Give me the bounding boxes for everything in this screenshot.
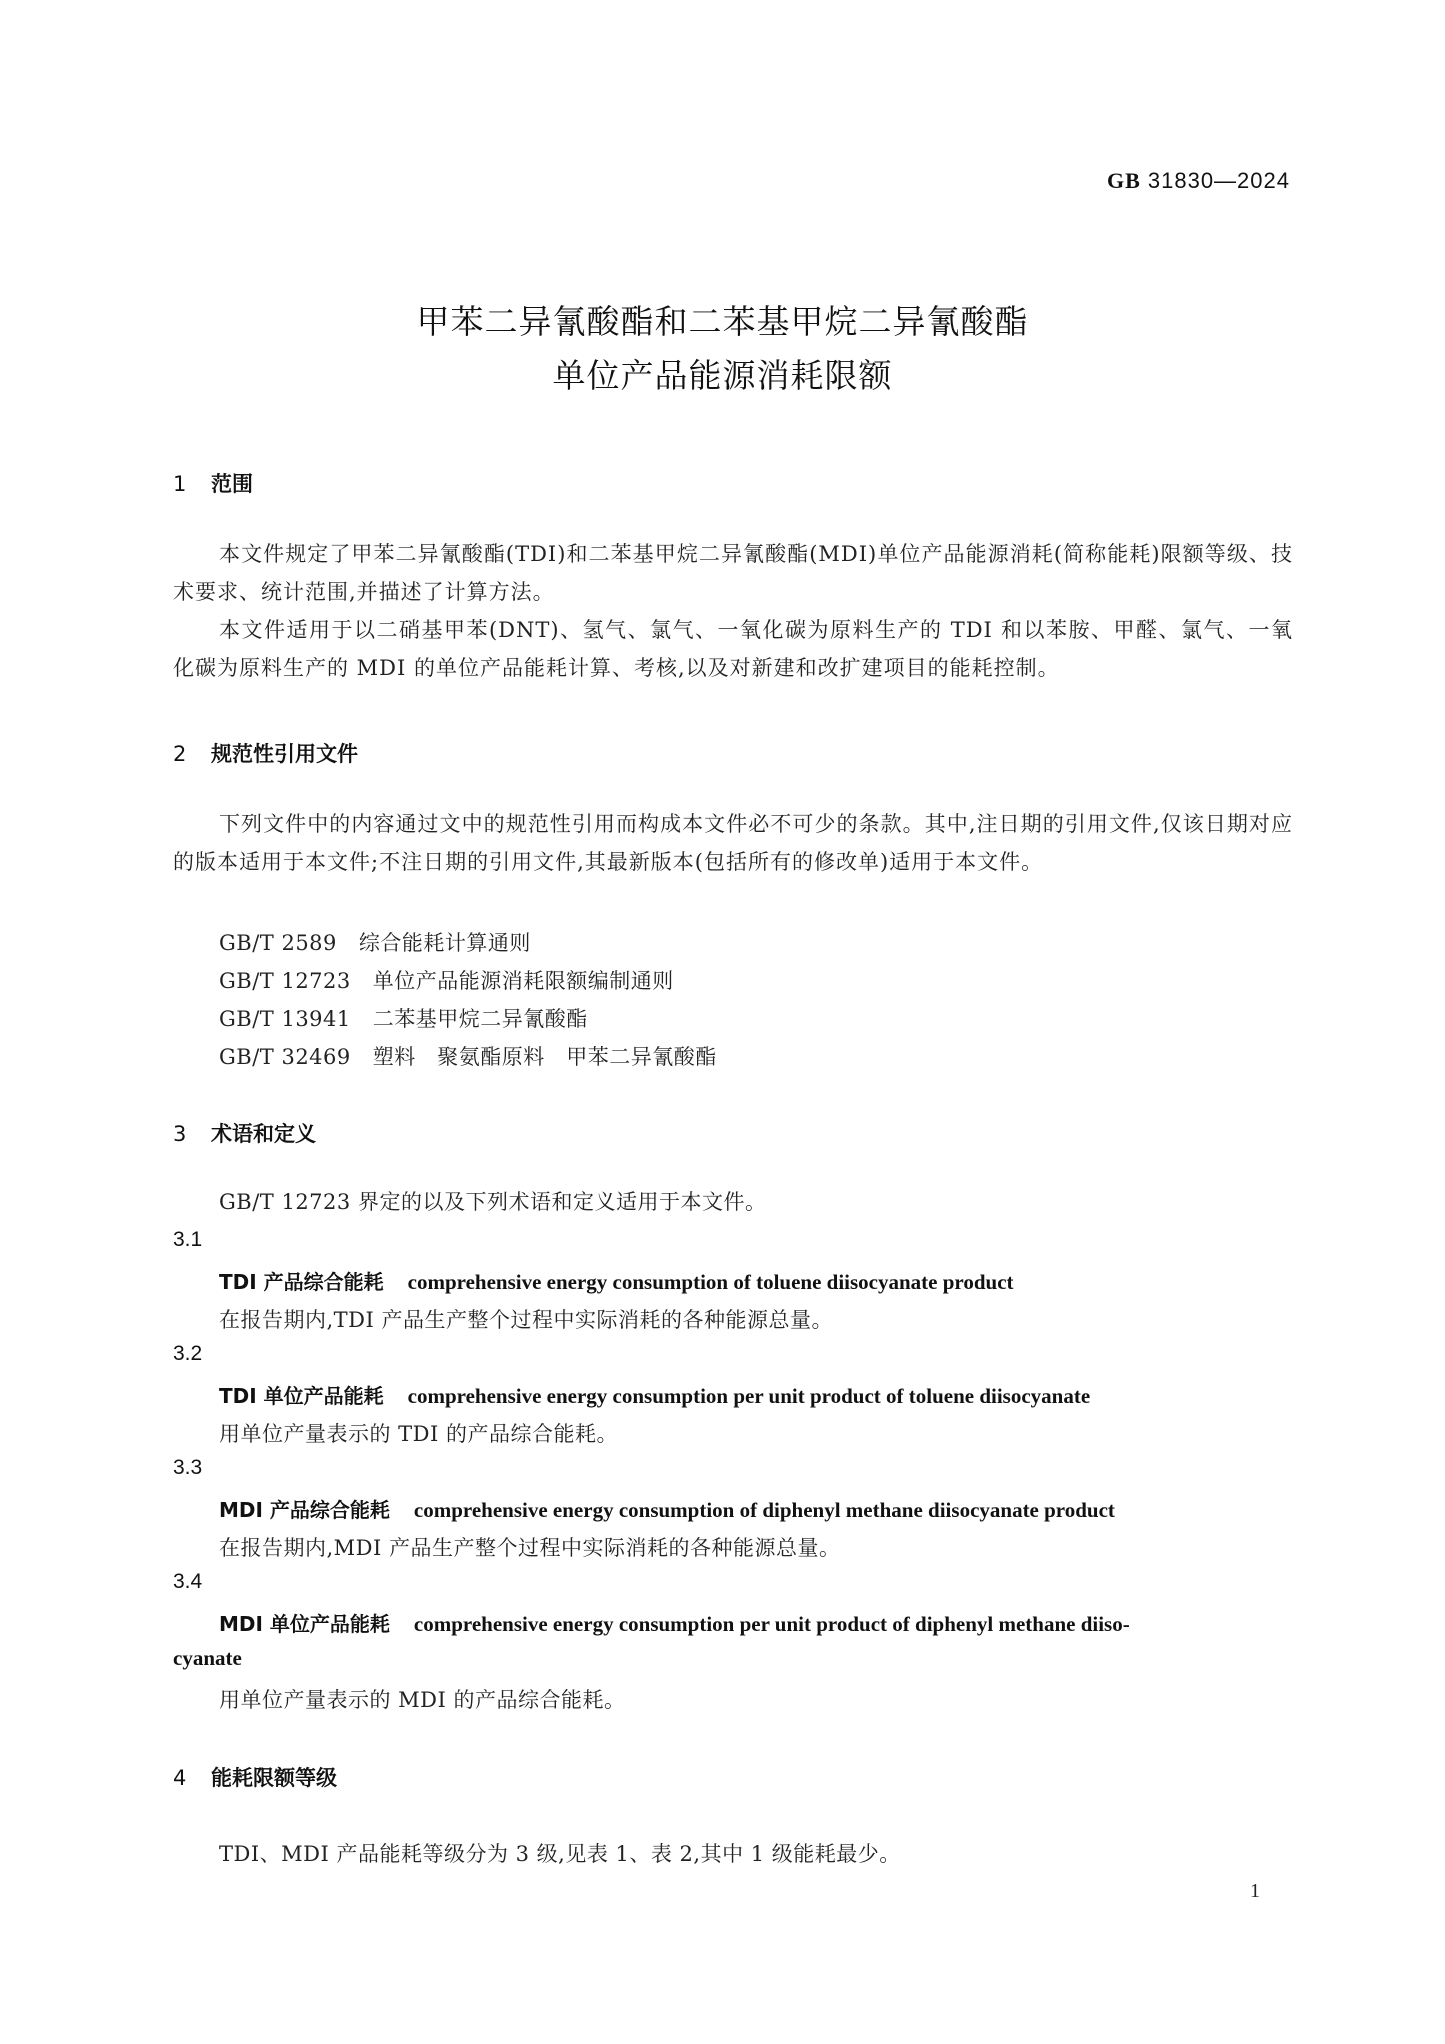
term-title: MDI 单位产品能耗comprehensive energy consumpti… [219,1608,1130,1637]
term-title-continuation: cyanate [173,1646,242,1671]
term-definition: 在报告期内,TDI 产品生产整个过程中实际消耗的各种能源总量。 [219,1304,833,1334]
section-1-paragraph-1: 本文件规定了甲苯二异氰酸酯(TDI)和二苯基甲烷二异氰酸酯(MDI)单位产品能源… [173,535,1293,611]
standard-prefix: GB [1107,168,1141,193]
reference-item: GB/T 12723单位产品能源消耗限额编制通则 [219,965,674,995]
term-definition: 用单位产量表示的 TDI 的产品综合能耗。 [219,1418,618,1448]
term-title: TDI 产品综合能耗comprehensive energy consumpti… [219,1266,1014,1295]
term-number: 3.1 [173,1228,202,1252]
document-title-line2: 单位产品能源消耗限额 [0,350,1445,397]
section-1-paragraph-2: 本文件适用于以二硝基甲苯(DNT)、氢气、氯气、一氧化碳为原料生产的 TDI 和… [173,611,1293,687]
term-number: 3.3 [173,1456,202,1480]
page-number: 1 [1250,1880,1260,1903]
document-page: GB 31830—2024 甲苯二异氰酸酯和二苯基甲烷二异氰酸酯 单位产品能源消… [0,0,1445,2044]
section-1-heading: 1范围 [173,468,253,498]
reference-item: GB/T 13941二苯基甲烷二异氰酸酯 [219,1003,588,1033]
section-4-paragraph: TDI、MDI 产品能耗等级分为 3 级,见表 1、表 2,其中 1 级能耗最少… [219,1838,901,1868]
document-title-line1: 甲苯二异氰酸酯和二苯基甲烷二异氰酸酯 [0,296,1445,343]
section-3-heading: 3术语和定义 [173,1118,316,1148]
section-4-heading: 4能耗限额等级 [173,1762,337,1792]
term-number: 3.2 [173,1342,202,1366]
standard-number: GB 31830—2024 [1107,168,1290,194]
reference-item: GB/T 32469塑料 聚氨酯原料 甲苯二异氰酸酯 [219,1041,717,1071]
term-title: TDI 单位产品能耗comprehensive energy consumpti… [219,1380,1090,1409]
section-2-heading: 2规范性引用文件 [173,738,358,768]
reference-item: GB/T 2589综合能耗计算通则 [219,927,531,957]
term-definition: 用单位产量表示的 MDI 的产品综合能耗。 [219,1684,625,1714]
term-number: 3.4 [173,1570,202,1594]
section-2-intro: 下列文件中的内容通过文中的规范性引用而构成本文件必不可少的条款。其中,注日期的引… [173,805,1293,881]
term-title: MDI 产品综合能耗comprehensive energy consumpti… [219,1494,1115,1523]
standard-code: 31830—2024 [1148,168,1290,193]
section-3-intro: GB/T 12723 界定的以及下列术语和定义适用于本文件。 [219,1186,766,1216]
term-definition: 在报告期内,MDI 产品生产整个过程中实际消耗的各种能源总量。 [219,1532,840,1562]
